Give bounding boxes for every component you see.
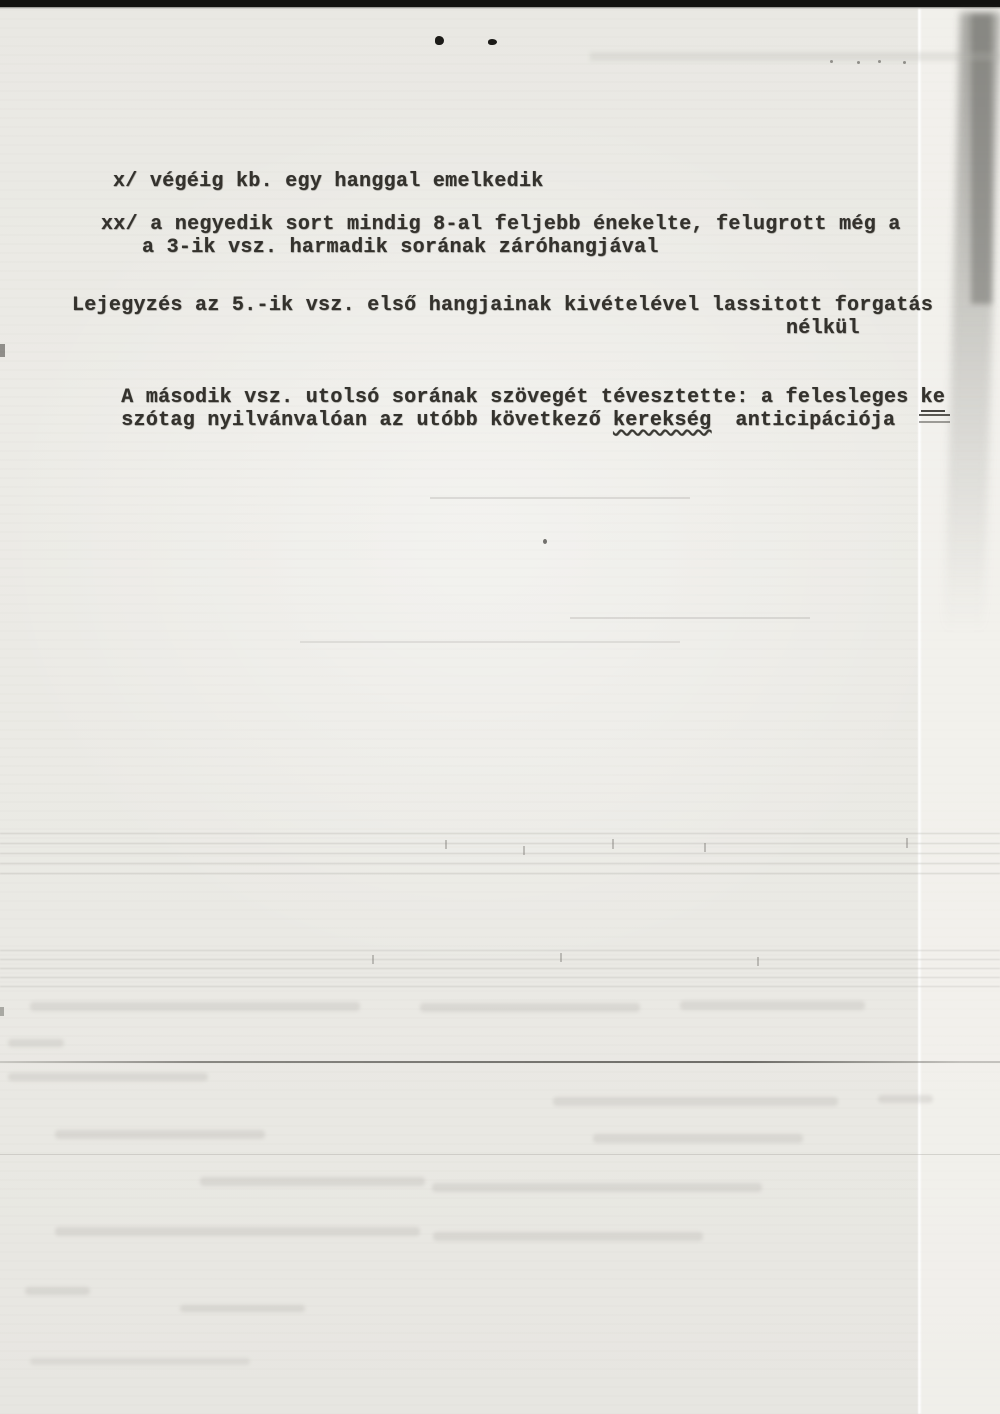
text-error-line2-start: szótag nyilvánvalóan az utóbb következő (121, 409, 601, 432)
bleedthrough-note-stem (523, 846, 525, 855)
ink-blot (435, 36, 444, 45)
ghost-text-smudge (30, 1358, 250, 1365)
bleedthrough-line-fragment (570, 617, 810, 619)
scan-shade-band (590, 52, 1000, 61)
ghost-text-smudge (55, 1227, 420, 1236)
bleedthrough-note-stem (372, 955, 374, 964)
paper-fold-crease (918, 9, 921, 1414)
faint-rule-line (0, 1154, 1000, 1155)
bleedthrough-line-fragment (300, 641, 680, 643)
ghost-text-smudge (433, 1232, 703, 1241)
bleedthrough-staff-lines-lower (0, 950, 1000, 989)
bleedthrough-note-stem (560, 953, 562, 962)
ghost-text-smudge (680, 1001, 865, 1010)
ghost-text-smudge (593, 1134, 803, 1143)
emphasized-word-kerekseg: kerekség (613, 409, 711, 432)
footnote-xx-line2: a 3-ik vsz. harmadik sorának záróhangjáv… (142, 236, 659, 259)
bleedthrough-note-stem (445, 840, 447, 849)
bleedthrough-note-stem (757, 957, 759, 966)
recording-remark-line1: Lejegyzés az 5.-ik vsz. első hangjainak … (72, 294, 933, 317)
ghost-text-smudge (420, 1003, 640, 1012)
ghost-text-smudge (8, 1073, 208, 1081)
scanned-document-page: x/ végéig kb. egy hanggal emelkedik xx/ … (0, 0, 1000, 1414)
bleedthrough-staff-lines-upper (0, 833, 1000, 876)
emphasized-syllable-ke: ke (921, 386, 946, 412)
text-error-line2-end: anticipációja (735, 409, 895, 432)
ghost-text-smudge (55, 1130, 265, 1139)
ghost-text-smudge (200, 1177, 425, 1186)
ink-speck (543, 539, 547, 544)
bleedthrough-line-fragment (430, 497, 690, 499)
ink-speck (903, 61, 906, 64)
bleedthrough-note-stem (906, 838, 908, 848)
ghost-text-smudge (878, 1095, 933, 1103)
ghost-text-smudge (25, 1287, 90, 1295)
ghost-text-smudge (8, 1039, 64, 1047)
scan-top-edge-bar (0, 0, 1000, 9)
footnote-xx-line1: xx/ a negyedik sort mindig 8-al feljebb … (101, 213, 901, 236)
ghost-text-smudge (30, 1002, 360, 1011)
ghost-text-smudge (180, 1305, 305, 1312)
ghost-text-smudge (432, 1183, 762, 1192)
edge-nick (0, 344, 5, 357)
ghost-text-smudge (553, 1097, 838, 1106)
edge-nick (0, 1007, 4, 1016)
footnote-x-line: x/ végéig kb. egy hanggal emelkedik (113, 170, 544, 193)
bleedthrough-note-stem (704, 843, 706, 852)
recording-remark-line2: nélkül (786, 317, 860, 340)
ink-blot (488, 39, 497, 45)
text-error-remark-line2: szótag nyilvánvalóan az utóbb következők… (72, 386, 895, 455)
scratch-line (0, 1061, 1000, 1063)
ink-speck (857, 61, 860, 64)
bleedthrough-note-stem (612, 839, 614, 849)
